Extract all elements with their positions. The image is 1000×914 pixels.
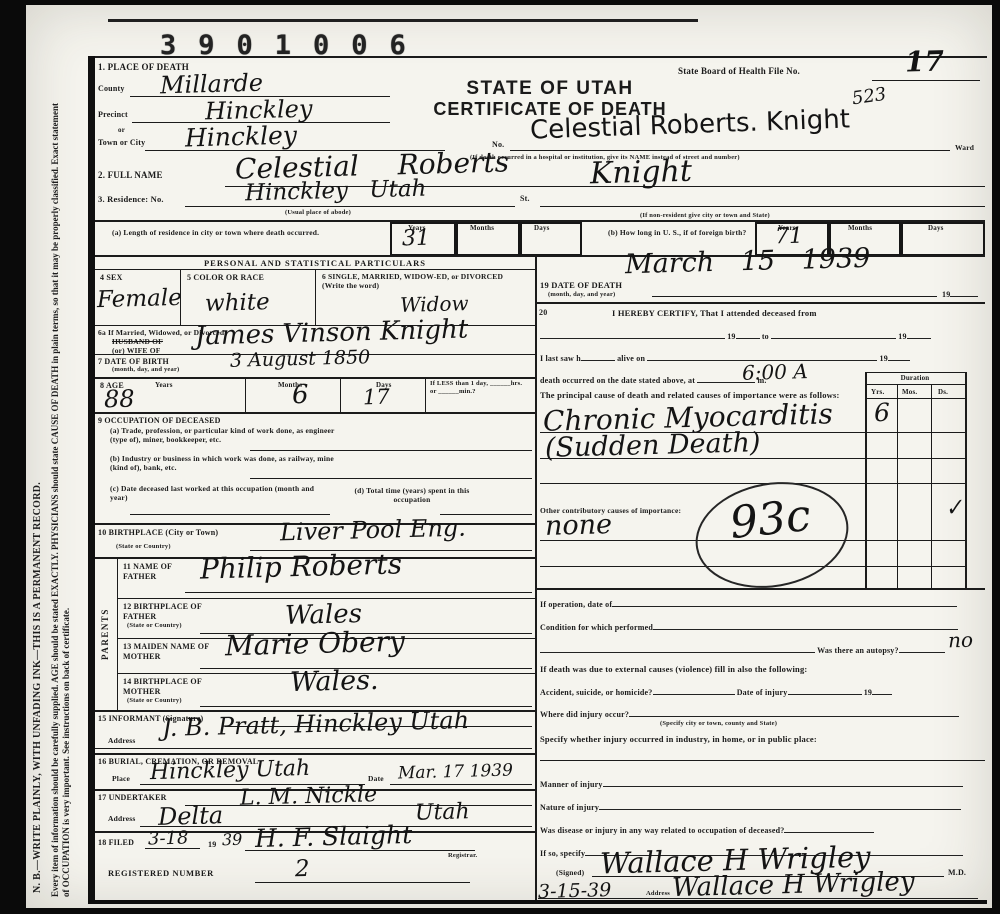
condition-label: Condition for which performed [540,623,653,632]
accident-label: Accident, suicide, or homicide? [540,688,653,697]
mother-bp-line [200,706,532,707]
undertaker-state-value: Utah [415,801,470,824]
margin-note-instructions: Every item of information should be care… [50,97,72,897]
burial-date-value: Mar. 17 1939 [398,762,513,782]
external-causes-text: If death was due to external causes (vio… [540,664,807,674]
where-injury-sub: (Specify city or town, county and State) [660,720,777,728]
margin-note-permanent-record: N. B.—WRITE PLAINLY, WITH UNFADING INK—T… [32,63,43,893]
cause-section-bottom [537,588,985,590]
occupation-a-line [250,450,532,451]
duration-v2 [897,384,898,588]
registered-number-label: REGISTERED NUMBER [108,868,214,878]
certify-19b: 19 [898,332,906,341]
father-name-line [185,592,532,593]
occupation-c: (c) Date deceased last worked at this oc… [110,484,330,502]
undertaker-town-value: Delta [158,803,224,829]
age-years-label: Years [155,381,173,389]
father-name-value: Philip Roberts [200,550,403,583]
autopsy-label: Was there an autopsy? [817,646,899,655]
reslen-a-days-cell [518,222,582,256]
time-of-death-value: 6:00 A [742,361,808,383]
date-of-injury-label: Date of injury [737,688,788,697]
parents-vertical-label: PARENTS [100,608,110,660]
reslen-a-months-label: Months [470,224,494,232]
age-years-value: 88 [104,387,135,412]
precinct-label: Precinct [98,110,128,120]
signed-label: (Signed) [556,868,584,877]
last-saw-19: 19 [880,354,888,363]
ifso-label: If so, specify [540,849,585,858]
reslen-a-years-value: 31 [402,228,431,251]
husband-of-label: HUSBAND OF [112,337,163,346]
occupation-a: (a) Trade, profession, or particular kin… [110,426,345,444]
file-no-line [872,80,980,81]
age-months-value: 6 [292,382,309,408]
county-value: Millarde [160,71,264,98]
reslen-a-days-label: Days [534,224,550,232]
certify-19a: 19 [727,332,735,341]
certify-text: I HEREBY CERTIFY, That I attended deceas… [612,308,817,318]
sex-label: 4 SEX [100,273,123,283]
row7-bottom [95,377,535,379]
occupation-b-line [250,478,532,479]
or-label: or [118,126,125,134]
ward-label: Ward [955,143,974,152]
pen-check-mark: ✓ [943,497,965,522]
dob-sub: (month, day, and year) [112,366,179,374]
registered-number-line [255,882,470,883]
age-div3 [425,379,426,412]
age-days-value: 17 [363,387,390,409]
registered-number-value: 2 [295,858,310,881]
specify-blank-line [540,760,985,761]
burial-date-line [390,784,532,785]
specify-injury-text: Specify whether injury occurred in indus… [540,734,817,744]
file-extra-value: 523 [851,86,888,109]
filed-19: 19 [208,840,216,850]
mother-name-value: Marie Obery [225,628,405,661]
residence-value: Hinckley Utah [245,178,427,206]
mother-name-label: 13 MAIDEN NAME OF MOTHER [123,642,213,661]
cause-secondary-value: (Sudden Death) [545,429,761,462]
st-label: St. [520,194,530,204]
physician-name-2: Wallace H Wrigley [672,869,915,901]
autopsy-row: Was there an autopsy? [540,644,945,656]
abode-note: (Usual place of abode) [285,209,351,217]
birthplace-sub: (State or Country) [116,543,171,551]
md-label: M.D. [948,868,966,878]
duration-ds: Ds. [938,388,948,396]
father-name-label: 11 NAME OF FATHER [123,562,193,581]
registrar-signature: H. F. Slaight [255,822,413,851]
personal-particulars-heading: PERSONAL AND STATISTICAL PARTICULARS [95,258,535,268]
scanned-death-certificate: N. B.—WRITE PLAINLY, WITH UNFADING INK—T… [0,0,1000,914]
filed-label: 18 FILED [98,838,134,848]
parents-divider [117,557,118,710]
informant-address-line [95,748,532,749]
duration-mos: Mos. [902,388,917,396]
duration-v4 [965,372,967,588]
filed-year-value: 39 [222,832,243,849]
duration-label: Duration [865,374,965,382]
manner-label: Manner of injury [540,780,603,789]
form-left-binding-bar [88,56,95,902]
color-label: 5 COLOR OR RACE [187,273,264,283]
condition-row: Condition for which performed [540,621,958,633]
column-divider [535,255,537,900]
registrar-label: Registrar. [448,852,477,860]
certify-to: to [762,332,769,341]
death-occurred-row: death occurred on the date stated above,… [540,374,767,386]
injury-19: 19 [864,688,872,697]
county-label: County [98,84,125,94]
marital-label: 6 SINGLE, MARRIED, WIDOW-ED, or DIVORCED… [322,272,522,290]
nature-label: Nature of injury [540,803,599,812]
occupation-d: (d) Total time (years) spent in this occ… [352,486,472,504]
date-of-death-value: March 15 1939 [625,245,871,278]
duration-top [865,372,965,373]
age-div2 [340,379,341,412]
file-no-label: State Board of Health File No. [678,66,800,77]
reslen-b-label: (b) How long in U. S., if of foreign bir… [608,228,748,237]
residence-label: 3. Residence: No. [98,194,164,204]
date-of-death-sub: (month, day, and year) [548,291,615,299]
registrar-line [245,850,475,851]
state-title: STATE OF UTAH [395,78,705,101]
no-line [510,150,950,151]
signature-address-label: Address [646,890,670,898]
filed-date-value: 3-18 [148,829,189,848]
related-row: Was disease or injury in any way related… [540,824,874,836]
stamped-number: 3901006 [160,30,428,62]
operation-label: If operation, date of [540,600,612,609]
autopsy-value: no [948,630,973,651]
row15-bottom [95,753,535,755]
nature-row: Nature of injury [540,801,961,813]
reslen-b-months-label: Months [848,224,872,232]
accident-row: Accident, suicide, or homicide? Date of … [540,686,892,698]
last-saw-a: I last saw h [540,354,581,363]
occupation-c-line [130,514,330,515]
related-label: Was disease or injury in any way related… [540,826,784,835]
duration-v1 [865,372,867,588]
marital-value: Widow [400,293,469,315]
sex-value: Female [97,287,182,312]
spouse-value: James Vinson Knight [195,316,469,349]
residence-line-1 [185,206,515,207]
occupation-heading: 9 OCCUPATION OF DECEASED [98,416,221,426]
full-name-value-last: Knight [590,157,693,190]
date-of-death-19: 19 [942,288,978,300]
last-saw-b: alive on [617,354,645,363]
manner-row: Manner of injury [540,778,963,790]
file-no-value: 17 [905,47,945,76]
burial-place-value: Hinckley Utah [150,758,311,784]
last-saw-row: I last saw h alive on 19 [540,352,910,364]
birthplace-value: Liver Pool Eng. [280,516,466,545]
undertaker-label: 17 UNDERTAKER [98,793,167,803]
mother-bp-value: Wales. [290,667,379,696]
where-injury-row: Where did injury occur? [540,708,959,720]
birthplace-label: 10 BIRTHPLACE (City or Town) [98,528,218,538]
father-bp-sub: (State or Country) [127,622,182,630]
cause-duration-years: 6 [874,400,891,425]
duration-v3 [931,384,932,588]
residence-line-2 [540,206,985,207]
color-value: white [205,291,270,316]
date-of-death-label: 19 DATE OF DEATH [540,280,622,290]
signature-bottom-line [538,898,978,899]
reslen-b-days-label: Days [928,224,944,232]
burial-place-label: Place [112,774,130,783]
informant-address-label: Address [108,736,136,745]
filed-date-line [145,848,200,849]
father-bp-label: 12 BIRTHPLACE OF FATHER [123,602,203,621]
y19-text: 19 [942,290,950,299]
town-value: Hinckley [185,123,298,151]
sex-color-divider [180,269,181,325]
certify-dates-row: 19 to 19 [540,330,931,342]
full-name-label: 2. FULL NAME [98,170,163,181]
row11-bottom [117,598,535,599]
occupation-b: (b) Industry or business in which work w… [110,454,345,472]
father-bp-value: Wales [285,601,363,629]
row8-bottom [95,412,535,414]
precinct-value: Hinckley [205,97,313,124]
reslen-a-label: (a) Length of residence in city or town … [112,228,362,237]
date-of-death-line [652,296,937,297]
mother-bp-sub: (State or Country) [127,697,182,705]
age-less-note: If LESS than 1 day, ______hrs. or ______… [430,380,530,396]
undertaker-value: L. M. Nickle [240,784,378,810]
cause-line-2 [540,458,965,459]
age-div1 [245,379,246,412]
mother-bp-label: 14 BIRTHPLACE OF MOTHER [123,677,203,696]
duration-yrs: Yrs. [871,388,884,396]
nonresident-note: (If non-resident give city or town and S… [640,212,770,220]
contributory-value: none [545,511,613,540]
color-marital-divider [315,269,316,325]
town-label: Town or City [98,138,145,148]
operation-row: If operation, date of [540,598,957,610]
dob-value: 3 August 1850 [230,348,371,371]
scan-artifact-line [108,19,698,22]
cause-line-3 [540,483,965,484]
where-injury-label: Where did injury occur? [540,710,629,719]
penciled-code-value: 93c [728,494,813,546]
undertaker-address-label: Address [108,814,136,823]
death-occurred-text: death occurred on the date stated above,… [540,376,695,385]
row19-bottom [537,302,985,304]
item20-number: 20 [539,308,547,318]
duration-mid [865,384,965,385]
